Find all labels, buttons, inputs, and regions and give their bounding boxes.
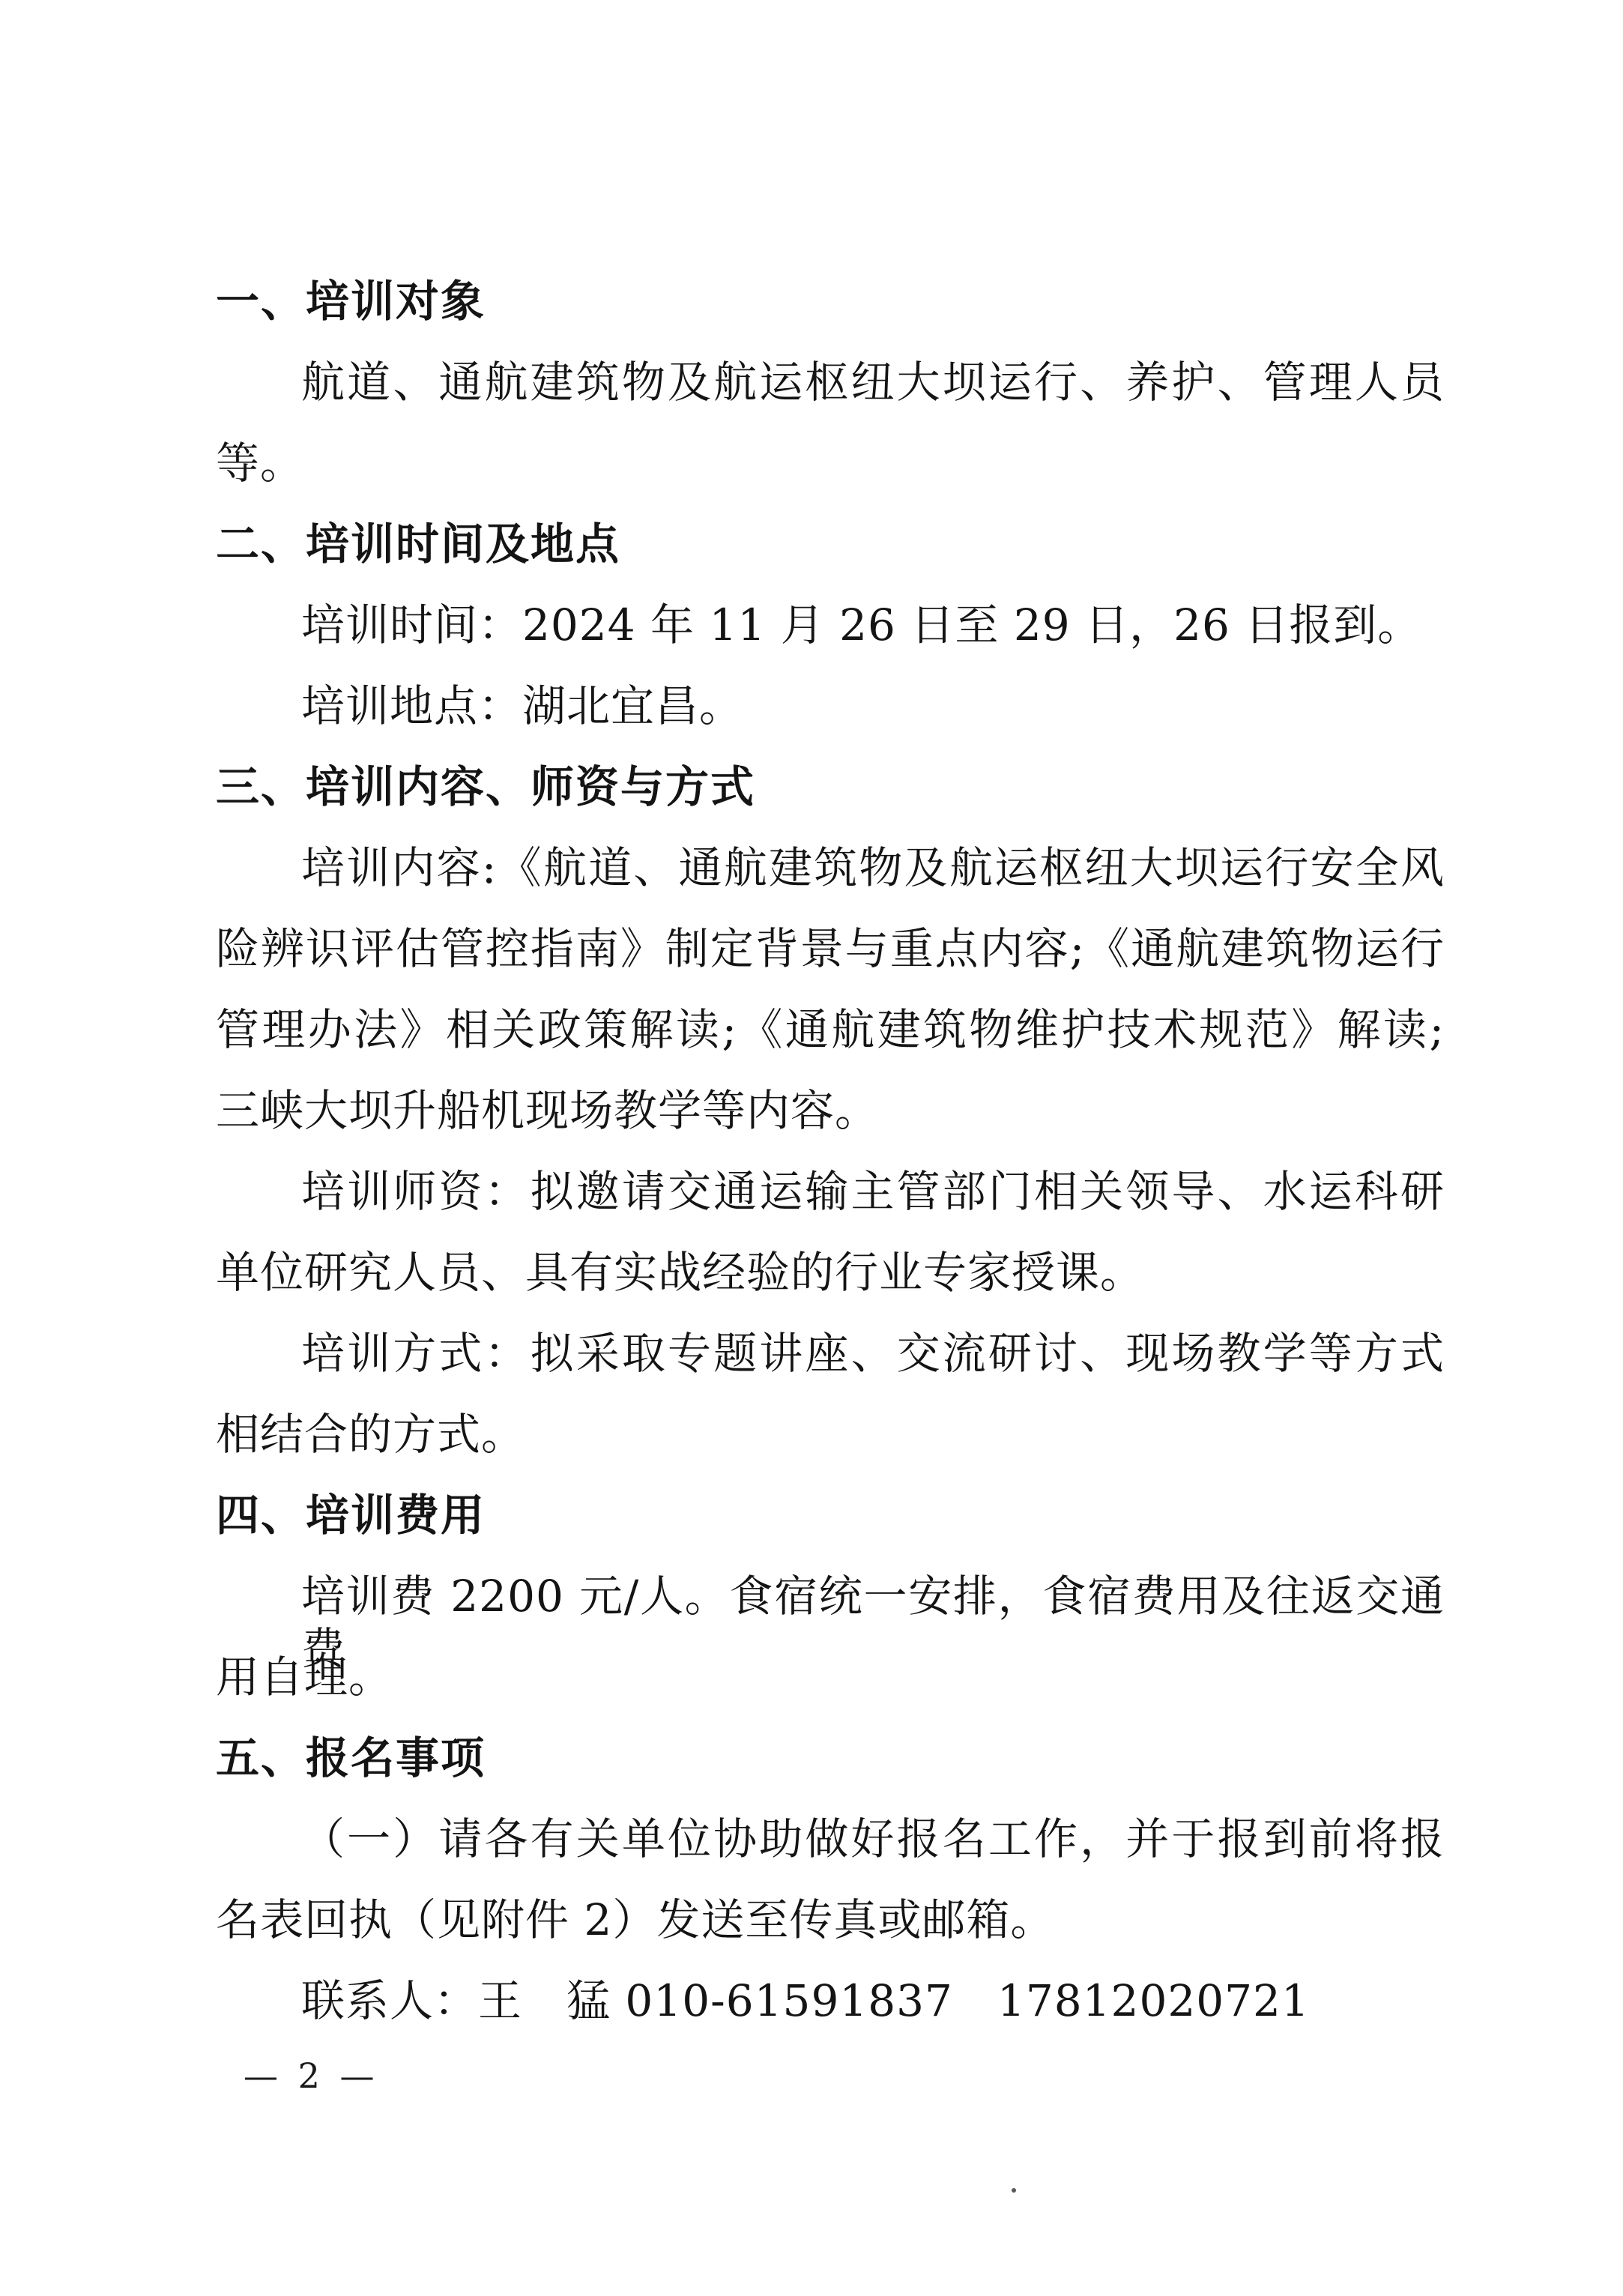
section-5-body-line: （一）请各有关单位协助做好报名工作，并于报到前将报 bbox=[216, 1813, 1445, 1865]
section-1-body-line: 等。 bbox=[216, 437, 1445, 489]
section-2-body-line: 培训地点：湖北宜昌。 bbox=[216, 680, 1445, 732]
section-4-body-line: 用自理。 bbox=[216, 1651, 1445, 1703]
section-5-heading: 五、报名事项 bbox=[216, 1732, 1445, 1784]
section-4-body-line: 培训费 2200 元/人。食宿统一安排，食宿费用及往返交通费 bbox=[216, 1570, 1445, 1622]
section-3-body-line: 培训师资：拟邀请交通运输主管部门相关领导、水运科研 bbox=[216, 1165, 1445, 1218]
section-1-heading: 一、培训对象 bbox=[216, 275, 1445, 327]
document-page: 一、培训对象 航道、通航建筑物及航运枢纽大坝运行、养护、管理人员 等。 二、培训… bbox=[0, 0, 1623, 2296]
section-2-heading: 二、培训时间及地点 bbox=[216, 518, 1445, 570]
page-number: — 2 — bbox=[244, 2055, 379, 2097]
section-3-body-line: 培训内容:《航道、通航建筑物及航运枢纽大坝运行安全风 bbox=[216, 842, 1445, 894]
section-3-body-line: 单位研究人员、具有实战经验的行业专家授课。 bbox=[216, 1246, 1445, 1299]
scan-artifact-dot bbox=[1012, 2188, 1016, 2193]
section-5-contact-line: 联系人：王 猛 010-61591837 17812020721 bbox=[216, 1975, 1445, 2027]
section-3-body-line: 管理办法》相关政策解读;《通航建筑物维护技术规范》解读; bbox=[216, 1003, 1445, 1056]
section-3-body-line: 三峡大坝升船机现场教学等内容。 bbox=[216, 1084, 1445, 1137]
section-3-body-line: 培训方式：拟采取专题讲座、交流研讨、现场教学等方式 bbox=[216, 1327, 1445, 1380]
section-2-body-line: 培训时间：2024 年 11 月 26 日至 29 日，26 日报到。 bbox=[216, 599, 1445, 651]
section-1-body-line: 航道、通航建筑物及航运枢纽大坝运行、养护、管理人员 bbox=[216, 356, 1445, 408]
section-3-heading: 三、培训内容、师资与方式 bbox=[216, 761, 1445, 813]
section-3-body-line: 相结合的方式。 bbox=[216, 1408, 1445, 1460]
section-4-heading: 四、培训费用 bbox=[216, 1489, 1445, 1541]
section-5-body-line: 名表回执（见附件 2）发送至传真或邮箱。 bbox=[216, 1894, 1445, 1946]
section-3-body-line: 险辨识评估管控指南》制定背景与重点内容;《通航建筑物运行 bbox=[216, 922, 1445, 975]
